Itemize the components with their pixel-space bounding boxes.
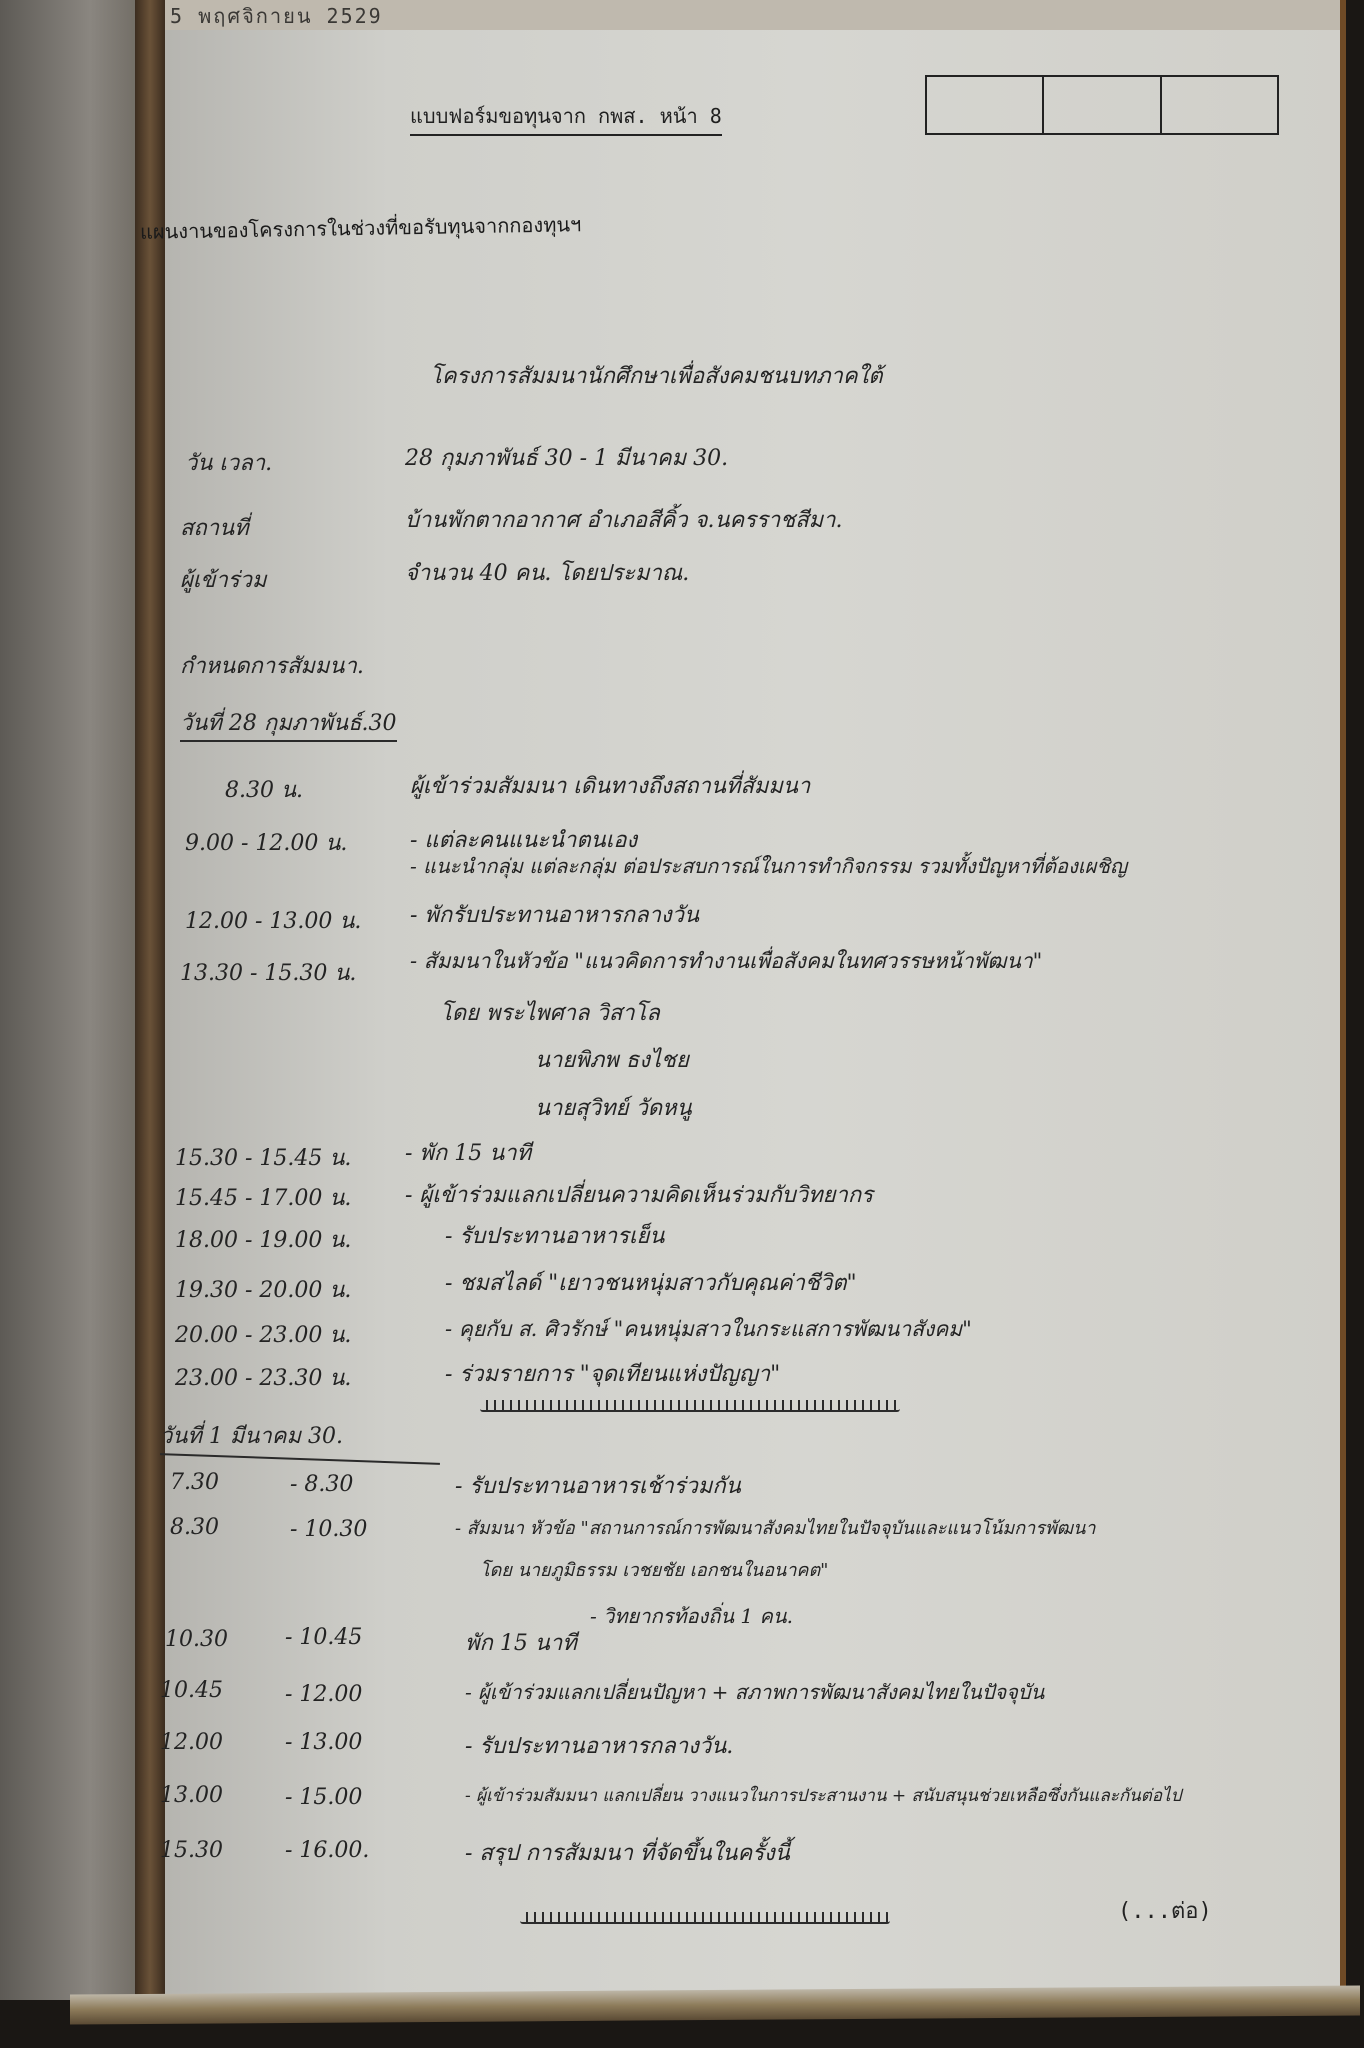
form-box [927,77,1044,133]
day2-time-start: 10.45 [160,1678,223,1703]
day2-time-end: - 12.00 [285,1682,362,1707]
info-label-place: สถานที่ [180,510,249,545]
day1-speaker: โดย พระไพศาล วิสาโล [440,995,660,1030]
agenda-label: กำหนดการสัมมนา. [180,648,364,683]
day2-heading: วันที่ 1 มีนาคม 30. [160,1418,343,1453]
day1-activity: - รับประทานอาหารเย็น [445,1218,664,1253]
day2-time-start: 12.00 [160,1730,223,1755]
day2-activity: - ผู้เข้าร่วมแลกเปลี่ยนปัญหา + สภาพการพั… [465,1676,1044,1708]
info-label-participants: ผู้เข้าร่วม [180,562,266,597]
info-value-participants: จำนวน 40 คน. โดยประมาณ. [405,555,689,590]
info-value-place: บ้านพักตากอากาศ อำเภอสีคิ้ว จ.นครราชสีมา… [405,502,842,537]
day2-time-end: - 13.00 [285,1730,362,1755]
day1-activity: - ชมสไลด์ "เยาวชนหนุ่มสาวกับคุณค่าชีวิต" [445,1265,857,1300]
date-stamp: 5 พฤศจิกายน 2529 [170,0,383,32]
day1-time: 13.30 - 15.30 น. [180,955,356,990]
day2-speaker: โดย นายภูมิธรรม เวชยชัย เอกชนในอนาคต" [480,1555,828,1584]
day1-time: 23.00 - 23.30 น. [175,1360,351,1395]
day2-time-end: - 10.45 [285,1625,362,1650]
project-title: โครงการสัมมนานักศึกษาเพื่อสังคมชนบทภาคใต… [430,358,883,393]
day1-time: 19.30 - 20.00 น. [175,1272,351,1307]
day1-time: 8.30 น. [225,772,303,807]
day1-heading: วันที่ 28 กุมภาพันธ์.30 [180,705,397,742]
day1-time: 18.00 - 19.00 น. [175,1222,351,1257]
day2-time-end: - 10.30 [290,1517,367,1542]
day2-activity: พัก 15 นาที [465,1625,577,1660]
day1-activity: - ผู้เข้าร่วมแลกเปลี่ยนความคิดเห็นร่วมกั… [405,1177,873,1212]
day1-activity: - ร่วมรายการ "จุดเทียนแห่งปัญญา" [445,1356,780,1391]
day1-activity: - สัมมนาในหัวข้อ "แนวคิดการทำงานเพื่อสัง… [410,945,1042,978]
day1-activity: - พัก 15 นาที [405,1135,531,1170]
day2-time-start: 15.30 [160,1838,223,1863]
day1-activity: - พักรับประทานอาหารกลางวัน [410,897,699,932]
day2-time-end: - 16.00. [285,1838,369,1863]
day1-time: 9.00 - 12.00 น. [185,825,347,860]
day2-activity: - สัมมนา หัวข้อ "สถานการณ์การพัฒนาสังคมไ… [455,1513,1095,1542]
day1-time: 12.00 - 13.00 น. [185,903,361,938]
day1-speaker: นายพิภพ ธงไชย [535,1042,689,1077]
book-binding [135,0,165,2010]
day1-activity: ผู้เข้าร่วมสัมมนา เดินทางถึงสถานที่สัมมน… [410,768,810,803]
day2-speaker: - วิทยากรท้องถิ่น 1 คน. [590,1600,793,1632]
day2-time-start: 7.30 [170,1470,219,1495]
day1-time: 15.45 - 17.00 น. [175,1180,351,1215]
day1-speaker: นายสุวิทย์ วัดหนู [535,1090,692,1125]
form-box [1162,77,1277,133]
continued-label: (...ต่อ) [1118,1893,1212,1928]
day1-activity: - คุยกับ ส. ศิวรักษ์ "คนหนุ่มสาวในกระแสก… [445,1313,972,1346]
day2-time-start: 10.30 [165,1627,228,1652]
day2-time-end: - 15.00 [285,1785,362,1810]
wavy-divider [480,1400,900,1412]
left-page-edge [0,0,150,2000]
day2-activity: - ผู้เข้าร่วมสัมมนา แลกเปลี่ยน วางแนวในก… [465,1782,1181,1809]
day1-time: 15.30 - 15.45 น. [175,1140,351,1175]
day2-activity: - สรุป การสัมมนา ที่จัดขึ้นในครั้งนี้ [465,1835,790,1870]
form-box [1044,77,1161,133]
day2-time-start: 8.30 [170,1515,219,1540]
day2-activity: - รับประทานอาหารกลางวัน. [465,1728,733,1763]
day2-time-start: 13.00 [160,1783,223,1808]
form-title: แบบฟอร์มขอทุนจาก กพส. หน้า 8 [410,100,722,136]
day2-activity: - รับประทานอาหารเช้าร่วมกัน [455,1468,741,1503]
day1-activity: - แนะนำกลุ่ม แต่ละกลุ่ม ต่อประสบการณ์ในก… [410,850,1127,882]
form-reference-boxes [925,75,1279,135]
info-value-date: 28 กุมภาพันธ์ 30 - 1 มีนาคม 30. [405,440,728,475]
day1-time: 20.00 - 23.00 น. [175,1317,351,1352]
day2-time-end: - 8.30 [290,1472,353,1497]
wavy-divider [520,1912,890,1924]
info-label-date: วัน เวลา. [185,445,272,480]
